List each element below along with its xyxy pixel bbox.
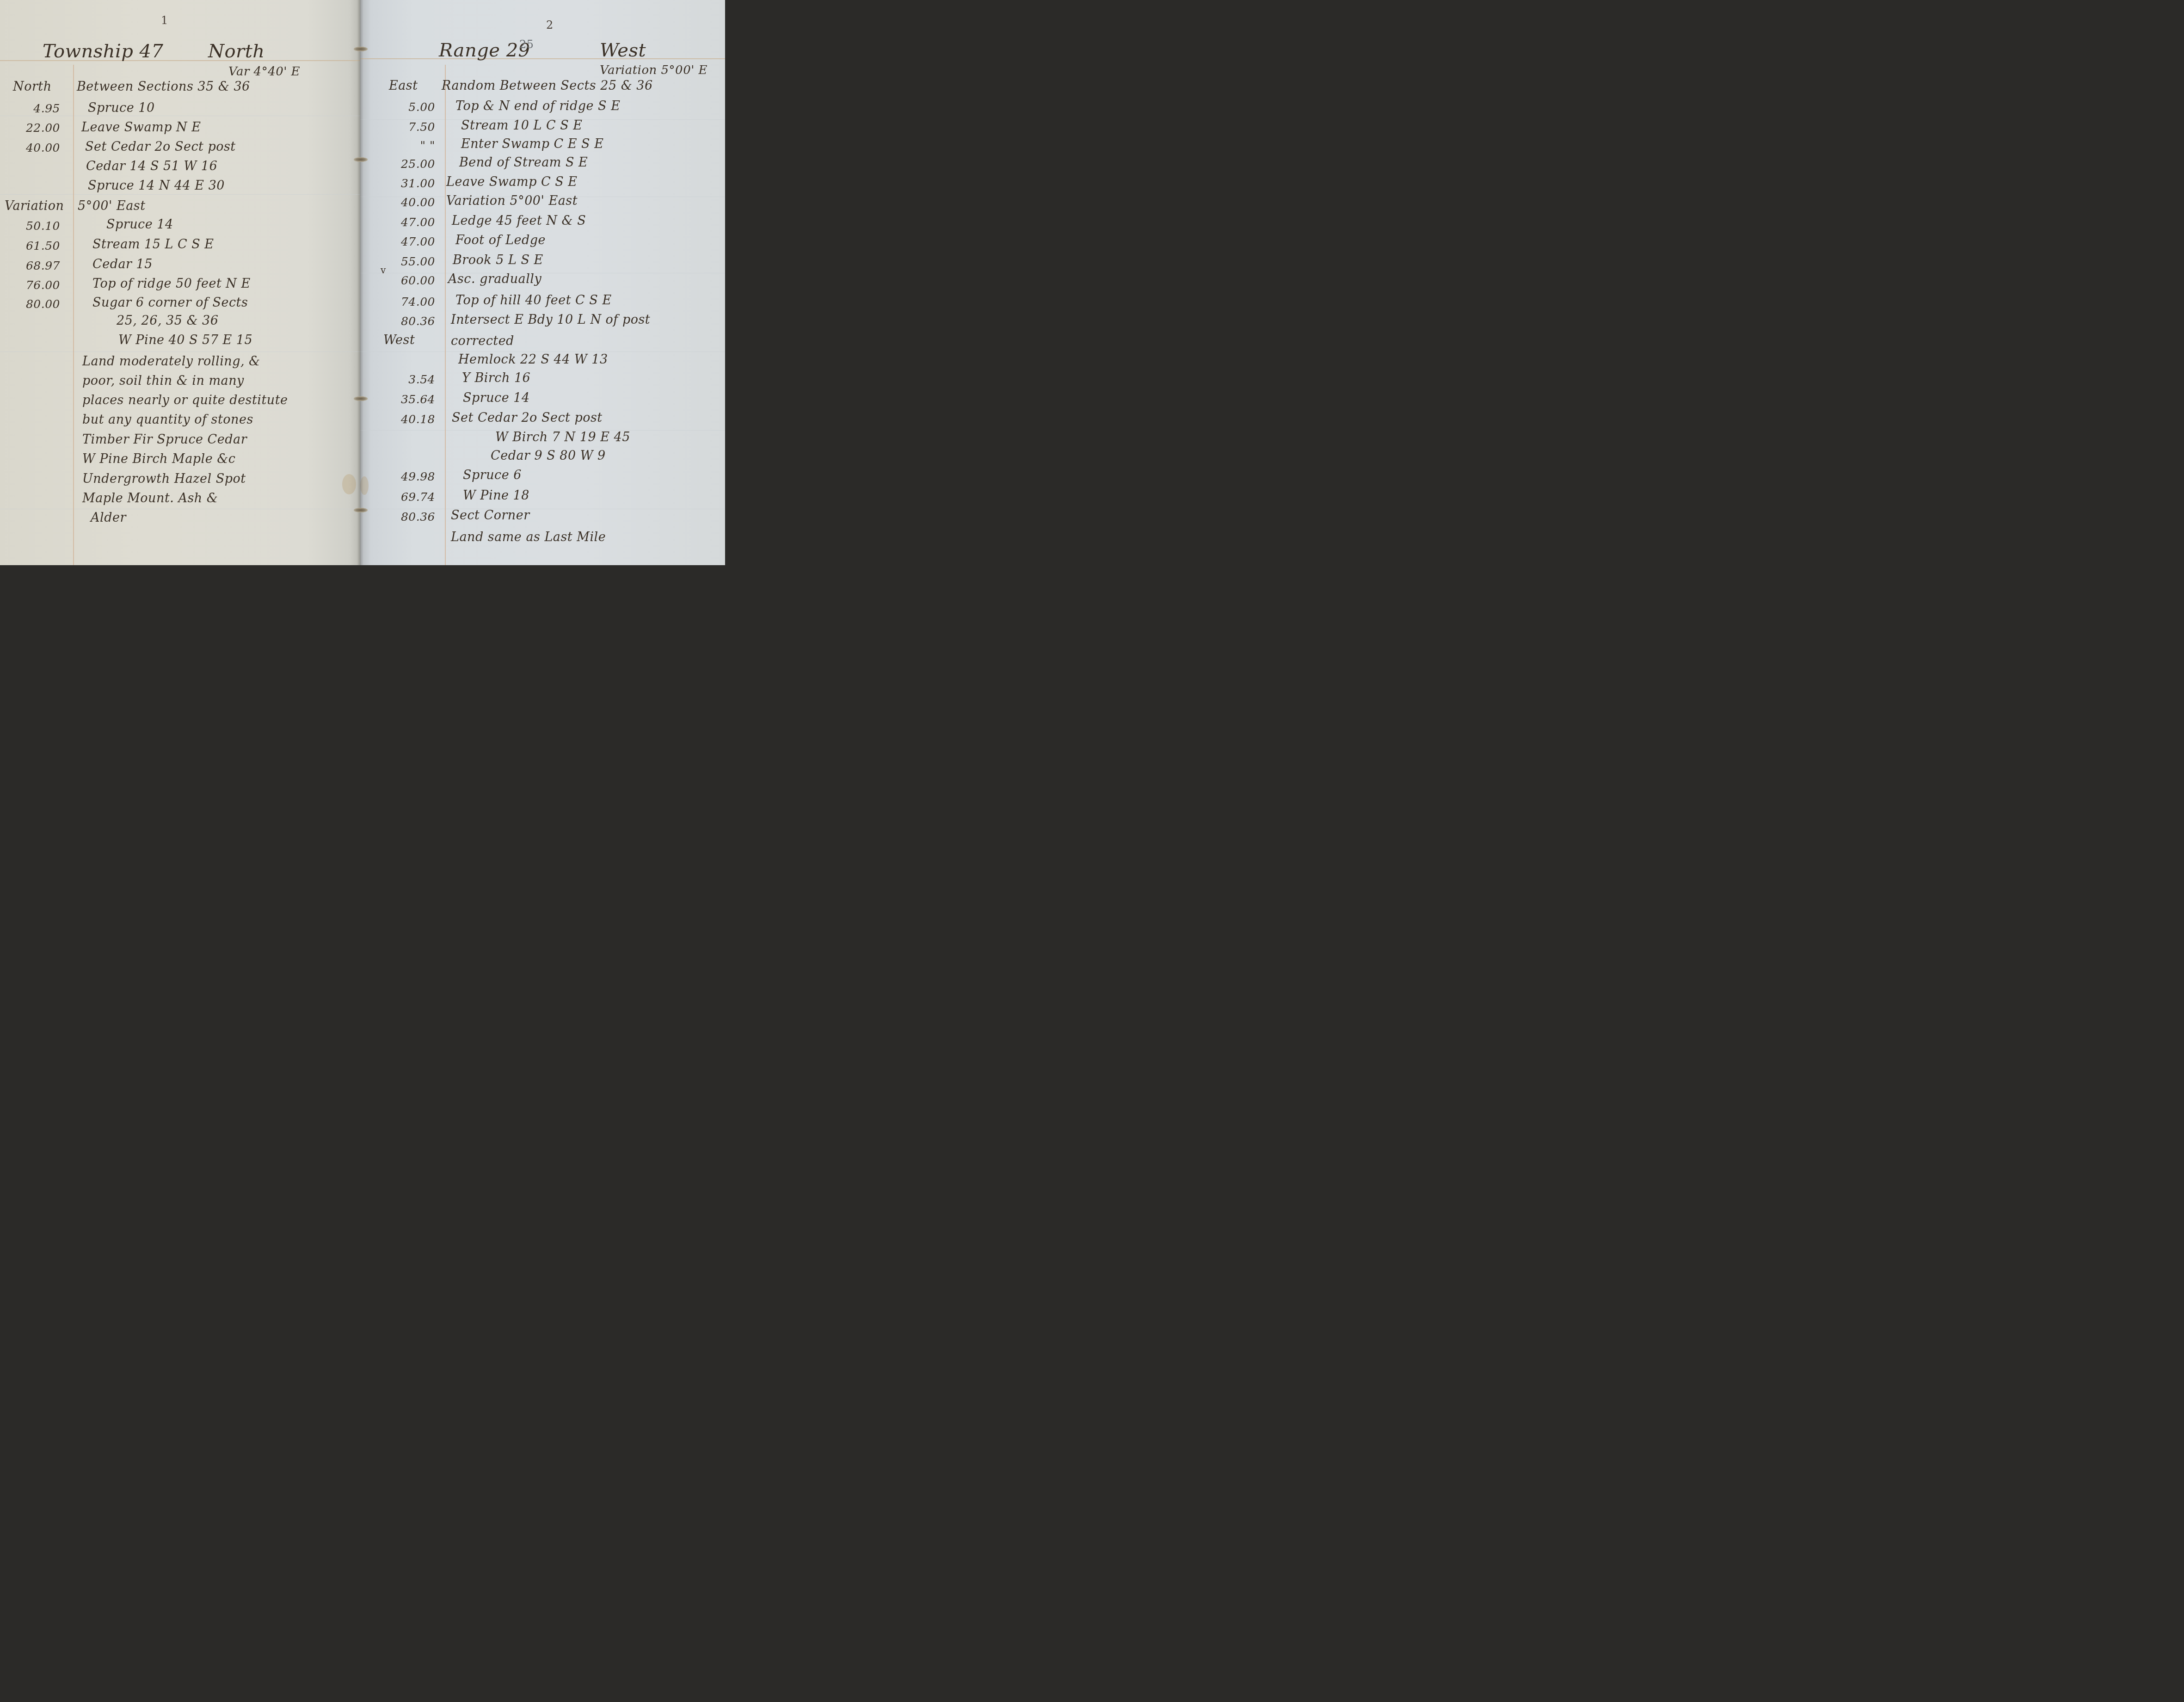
entry-note: Hemlock 22 S 44 W 13 (458, 352, 608, 367)
witness-tree-note: W Birch 7 N 19 E 45 (495, 430, 630, 444)
entry-note: corrected (451, 334, 514, 348)
entry-note: Spruce 6 (463, 468, 522, 482)
chain-value: 40.18 (384, 413, 435, 426)
paper-stain (342, 474, 356, 494)
land-description: Land same as Last Mile (451, 530, 606, 544)
chain-value: 74.00 (384, 295, 435, 308)
ruled-line (360, 351, 725, 352)
binding-stitch (354, 157, 368, 162)
entry-note: Enter Swamp C E S E (461, 137, 603, 151)
entry-note: Foot of Ledge (455, 233, 546, 247)
binding-gutter (357, 0, 363, 565)
ruled-line (0, 351, 360, 352)
entry-note: W Pine 40 S 57 E 15 (118, 333, 252, 347)
land-description: but any quantity of stones (82, 413, 253, 427)
entry-note: Spruce 14 (463, 391, 530, 405)
entry-note: Variation 5°00' East (446, 194, 578, 208)
entry-note: W Pine 18 (463, 488, 529, 503)
chainage-margin-rule (73, 65, 74, 565)
page-number: 1 (161, 14, 168, 27)
witness-tree-note: Cedar 9 S 80 W 9 (491, 449, 606, 463)
chain-value: 25.00 (384, 157, 435, 171)
ruled-line (360, 273, 725, 273)
entry-note: Cedar 15 (92, 257, 153, 271)
entry-note: Top of hill 40 feet C S E (455, 293, 612, 308)
ruled-line (360, 509, 725, 509)
chain-value: 68.97 (9, 259, 60, 272)
entry-note: Spruce 10 (88, 101, 155, 115)
bearing-label: East (389, 79, 418, 93)
entry-note: Spruce 14 N 44 E 30 (88, 179, 225, 193)
range-direction: West (600, 40, 646, 61)
entry-note: Leave Swamp C S E (446, 175, 578, 189)
ruled-line (0, 509, 360, 509)
entry-note: Spruce 14 (106, 217, 173, 232)
variation-header: Var 4°40' E (228, 65, 300, 79)
entry-note: Stream 10 L C S E (461, 118, 583, 133)
chain-value: 31.00 (384, 177, 435, 190)
chain-value: 4.95 (9, 102, 60, 115)
chain-value: 61.50 (9, 239, 60, 253)
chain-value: 50.10 (9, 219, 60, 233)
entry-note: Sugar 6 corner of Sects (92, 296, 248, 310)
page-number: 2 (546, 18, 554, 31)
chain-value: 22.00 (9, 121, 60, 135)
entry-note: Y Birch 16 (462, 371, 530, 385)
ditto-marks: " " (384, 139, 435, 152)
left-page: 1 Township 47 North Var 4°40' E North Be… (0, 0, 360, 565)
entry-note: Between Sections 35 & 36 (77, 80, 250, 94)
chain-value: 55.00 (384, 255, 435, 268)
entry-note: Set Cedar 2o Sect post (452, 411, 603, 425)
entry-note: Ledge 45 feet N & S (452, 214, 586, 228)
right-page: 2 Range 29 25 West Variation 5°00' E Eas… (360, 0, 725, 565)
chain-value: 60.00 (384, 274, 435, 287)
pencil-overwrite: 25 (519, 38, 534, 51)
timber-description: W Pine Birch Maple &c (82, 452, 235, 466)
entry-note: 5°00' East (78, 199, 146, 213)
chain-value: 7.50 (384, 120, 435, 134)
entry-note: Set Cedar 2o Sect post (85, 140, 236, 154)
entry-note: Random Between Sects 25 & 36 (442, 79, 653, 93)
chain-value: 80.36 (384, 510, 435, 524)
township-heading: Township 47 (43, 41, 163, 62)
binding-stitch (354, 508, 368, 512)
heading-rule (360, 58, 725, 59)
land-description: places nearly or quite destitute (82, 393, 288, 407)
entry-note: Intersect E Bdy 10 L N of post (451, 313, 650, 327)
land-description: poor, soil thin & in many (82, 374, 244, 388)
range-heading: Range 29 (439, 40, 530, 61)
binding-stitch (354, 47, 368, 51)
ruled-line (0, 194, 360, 195)
variation-header: Variation 5°00' E (600, 63, 707, 77)
bearing-label: North (13, 80, 52, 94)
entry-note: Asc. gradually (448, 272, 541, 286)
timber-description: Timber Fir Spruce Cedar (82, 432, 247, 447)
chainage-margin-rule (445, 65, 446, 565)
land-description: Land moderately rolling, & (82, 354, 260, 369)
chain-value: 69.74 (384, 490, 435, 504)
entry-note: Top of ridge 50 feet N E (92, 277, 251, 291)
chain-value: 80.00 (9, 297, 60, 311)
entry-note: Bend of Stream S E (459, 155, 588, 170)
undergrowth-description: Undergrowth Hazel Spot (82, 472, 246, 486)
chain-value: 35.64 (384, 393, 435, 406)
chain-value: 76.00 (9, 278, 60, 292)
ruled-line (0, 116, 360, 116)
chain-value: 47.00 (384, 216, 435, 229)
entry-note: Cedar 14 S 51 W 16 (86, 159, 217, 173)
chain-value: 49.98 (384, 470, 435, 483)
chain-value: 5.00 (384, 100, 435, 114)
chain-value: 47.00 (384, 235, 435, 248)
chain-value: 40.00 (384, 196, 435, 209)
entry-note: Sect Corner (451, 508, 530, 523)
entry-note: Brook 5 L S E (453, 253, 543, 267)
undergrowth-description: Alder (91, 511, 126, 525)
undergrowth-description: Maple Mount. Ash & (82, 491, 218, 506)
variation-label: Variation (5, 199, 64, 213)
entry-note: Top & N end of ridge S E (455, 99, 620, 113)
entry-note: 25, 26, 35 & 36 (117, 314, 218, 328)
chain-value: 80.36 (384, 314, 435, 328)
entry-note: Leave Swamp N E (81, 120, 201, 135)
binding-stitch (354, 396, 368, 401)
entry-note: Stream 15 L C S E (92, 237, 214, 252)
bearing-label: West (383, 333, 415, 347)
township-direction: North (208, 41, 265, 62)
chain-value: 40.00 (9, 141, 60, 154)
chain-value: 3.54 (384, 373, 435, 386)
notebook-spread: 1 Township 47 North Var 4°40' E North Be… (0, 0, 725, 565)
